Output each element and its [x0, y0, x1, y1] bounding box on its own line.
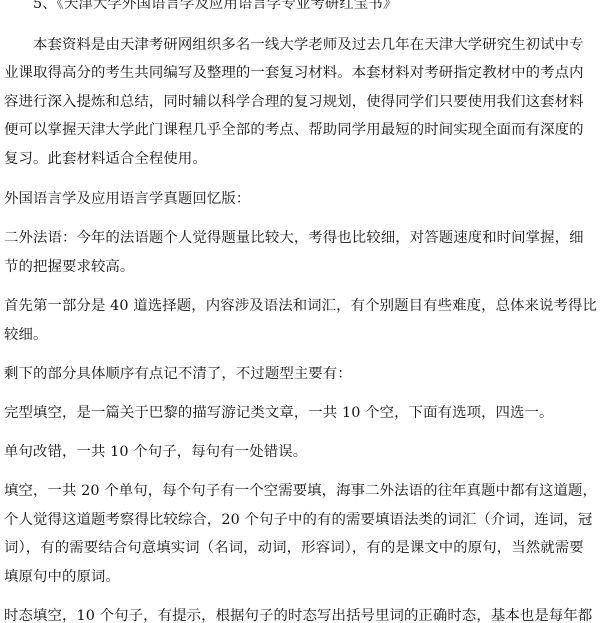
tense-paragraph: 时态填空，10 个句子，有提示，根据句子的时态写出括号里词的正确时态，基本也是每… [4, 606, 608, 623]
paragraph-line: 词），有的需要结合句意填实词（名词，动词，形容词），有的是课文中的原句，当然就需… [4, 538, 608, 558]
paragraph-line: 首先第一部分是 40 道选择题，内容涉及语法和词汇，有个别题目有些难度，总体来说… [4, 296, 608, 316]
paragraph-line: 填原句中的原词。 [4, 567, 608, 587]
document-title-line: 5、《天津大学外国语言学及应用语言学专业考研红宝书》 [33, 0, 608, 14]
cloze-paragraph: 完型填空，是一篇关于巴黎的描写游记类文章，一共 10 个空，下面有选项，四选一。 [4, 403, 608, 423]
paragraph-line: 节的把握要求较高。 [4, 257, 608, 277]
paragraph-line: 二外法语：今年的法语题个人觉得题量比较大，考得也比较细，对答题速度和时间掌握，细 [4, 228, 608, 248]
paragraph-line: 较细。 [4, 325, 608, 345]
paragraph-line: 填空，一共 20 个单句，每个句子有一个空需要填，海事二外法语的往年真题中都有这… [4, 481, 608, 501]
paragraph-line: 复习。此套材料适合全程使用。 [4, 149, 608, 169]
paragraph-line: 个人觉得这道题考察得比较综合，20 个句子中的有的需要填语法类的词汇（介词，连词… [4, 510, 608, 530]
remaining-paragraph: 剩下的部分具体顺序有点记不清了，不过题型主要有： [4, 364, 608, 384]
paragraph-line: 容进行深入提炼和总结，同时辅以科学合理的复习规划，使得同学们只要使用我们这套材料 [4, 92, 608, 112]
correction-paragraph: 单句改错，一共 10 个句子，每句有一处错误。 [4, 442, 608, 462]
section-heading: 外国语言学及应用语言学真题回忆版： [4, 189, 608, 209]
paragraph-line: 业课取得高分的考生共同编写及整理的一套复习材料。本套材料对考研指定教材中的考点内 [4, 63, 608, 83]
paragraph-line: 本套资料是由天津考研网组织多名一线大学老师及过去几年在天津大学研究生初试中专 [33, 35, 608, 55]
paragraph-line: 便可以掌握天津大学此门课程几乎全部的考点、帮助同学用最短的时间实现全面而有深度的 [4, 120, 608, 140]
